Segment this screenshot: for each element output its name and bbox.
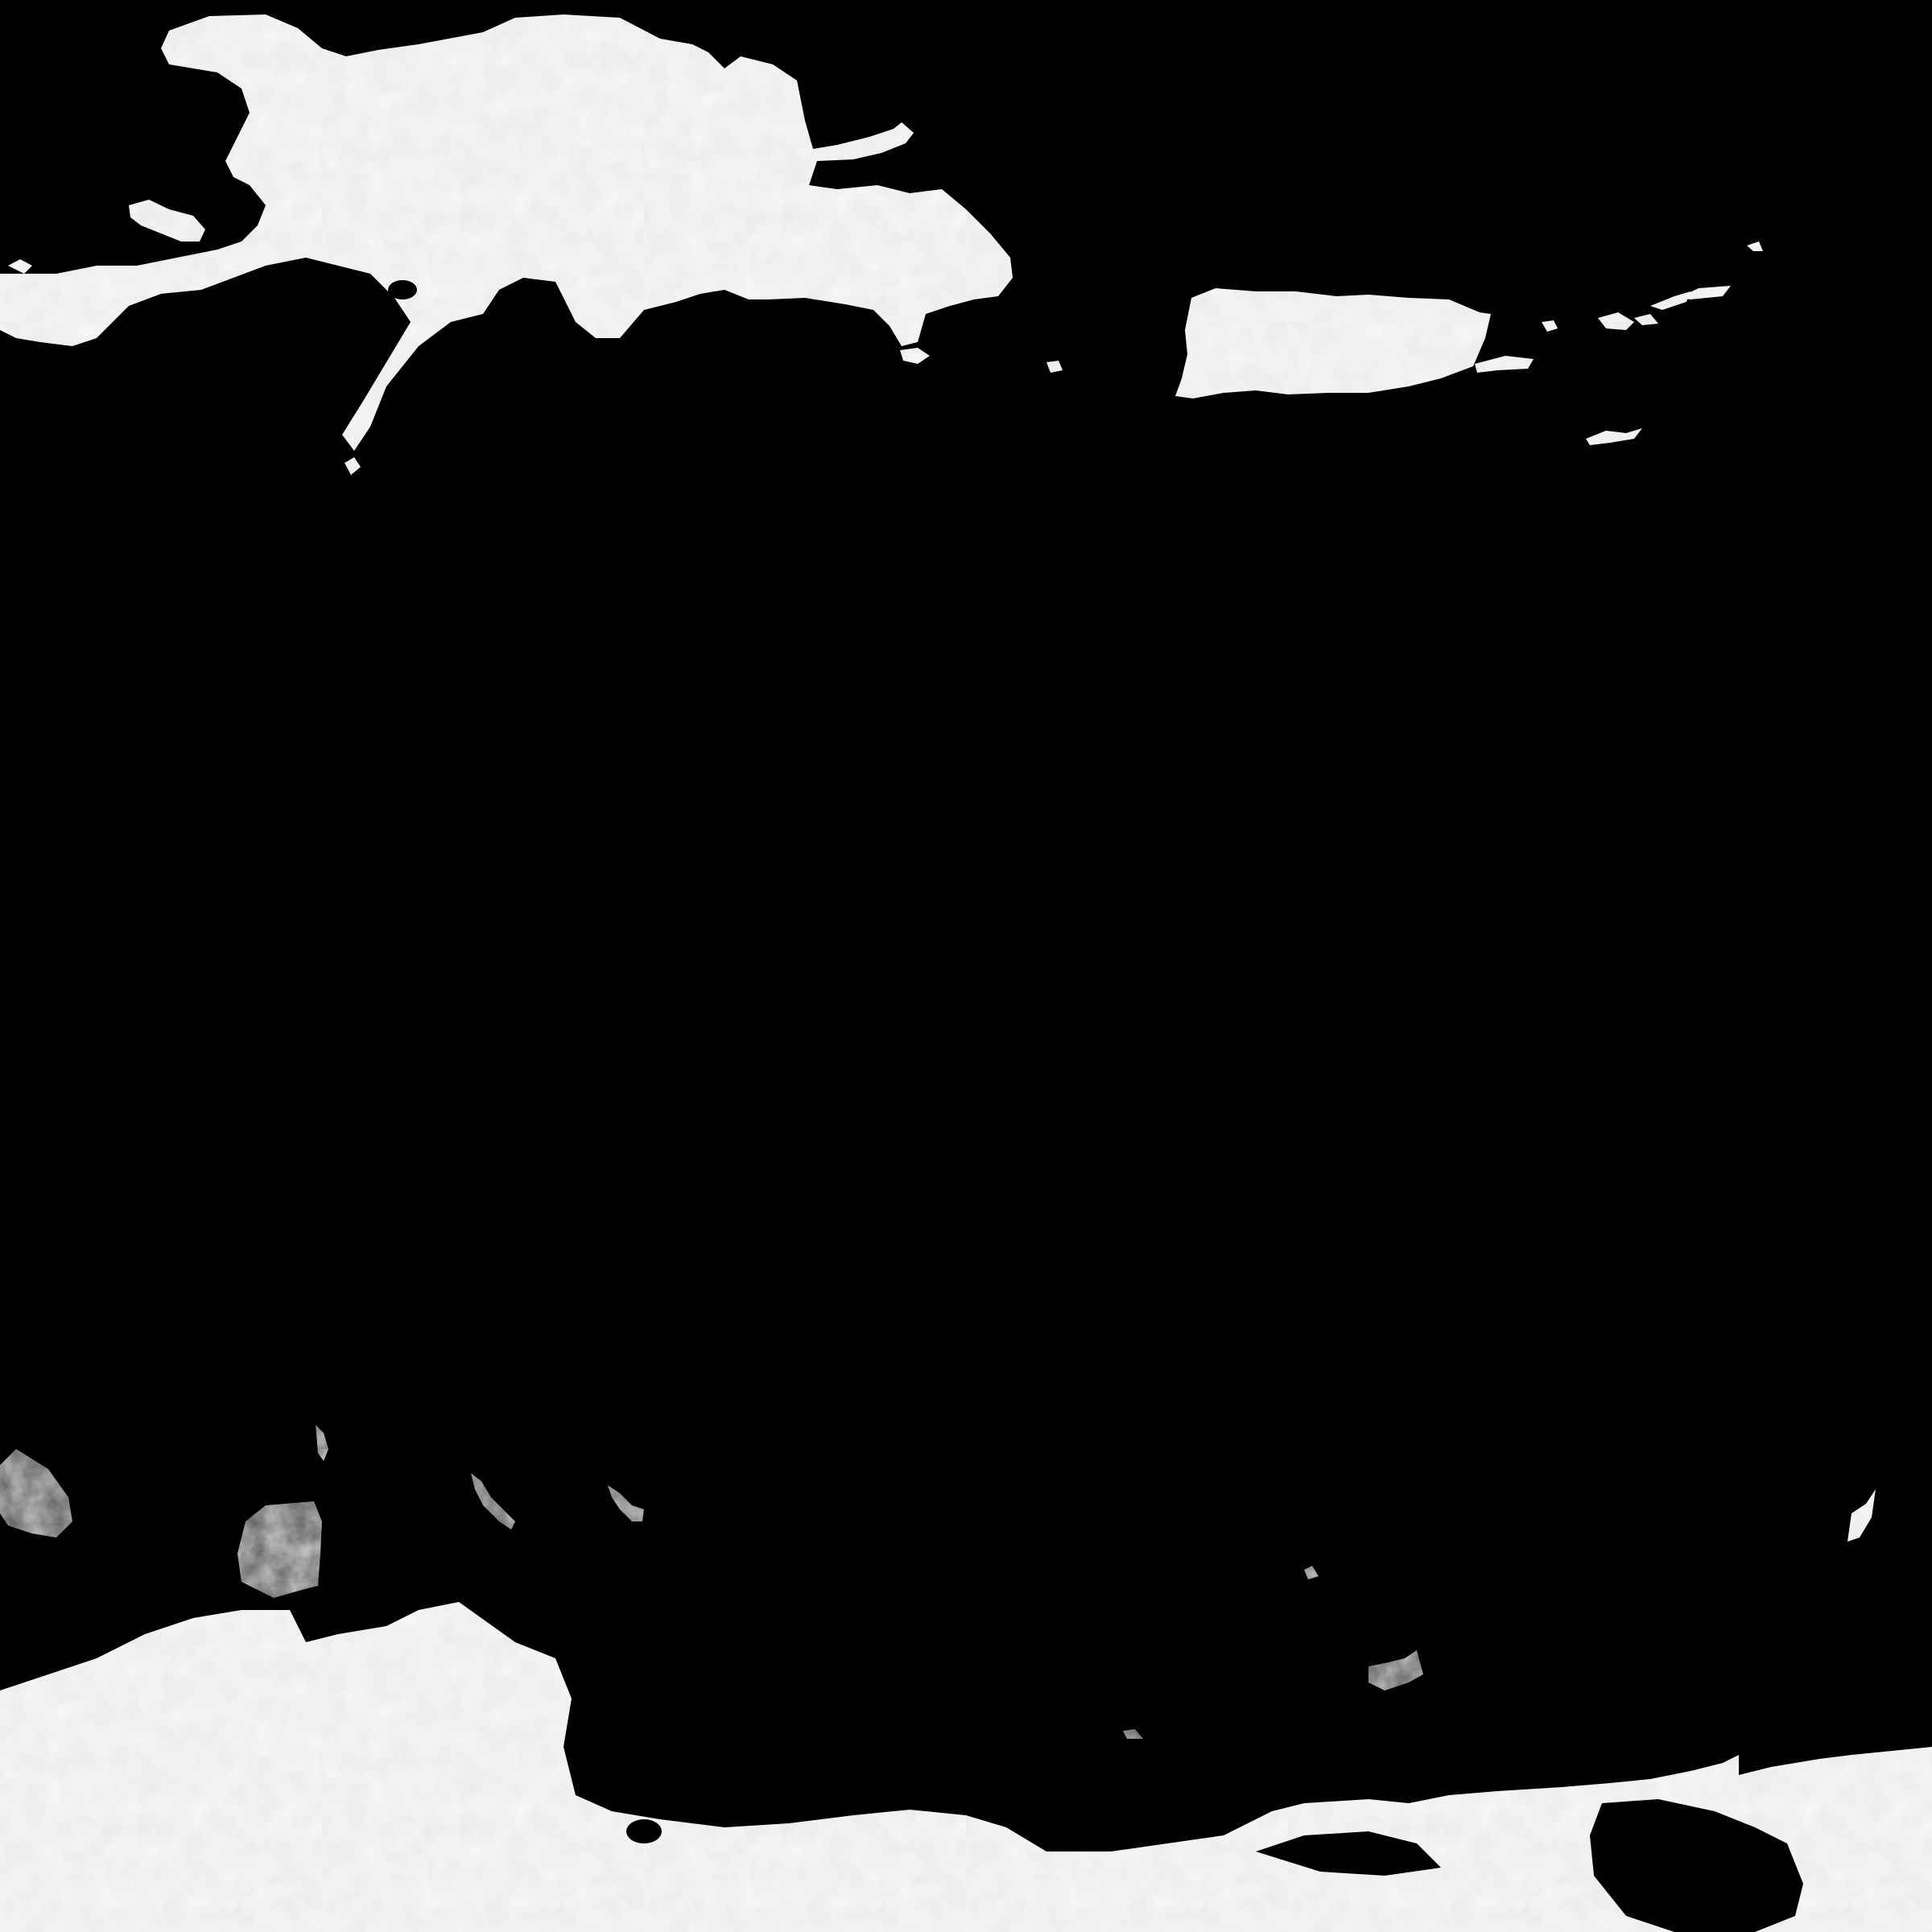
satellite-map [0, 0, 1932, 1932]
